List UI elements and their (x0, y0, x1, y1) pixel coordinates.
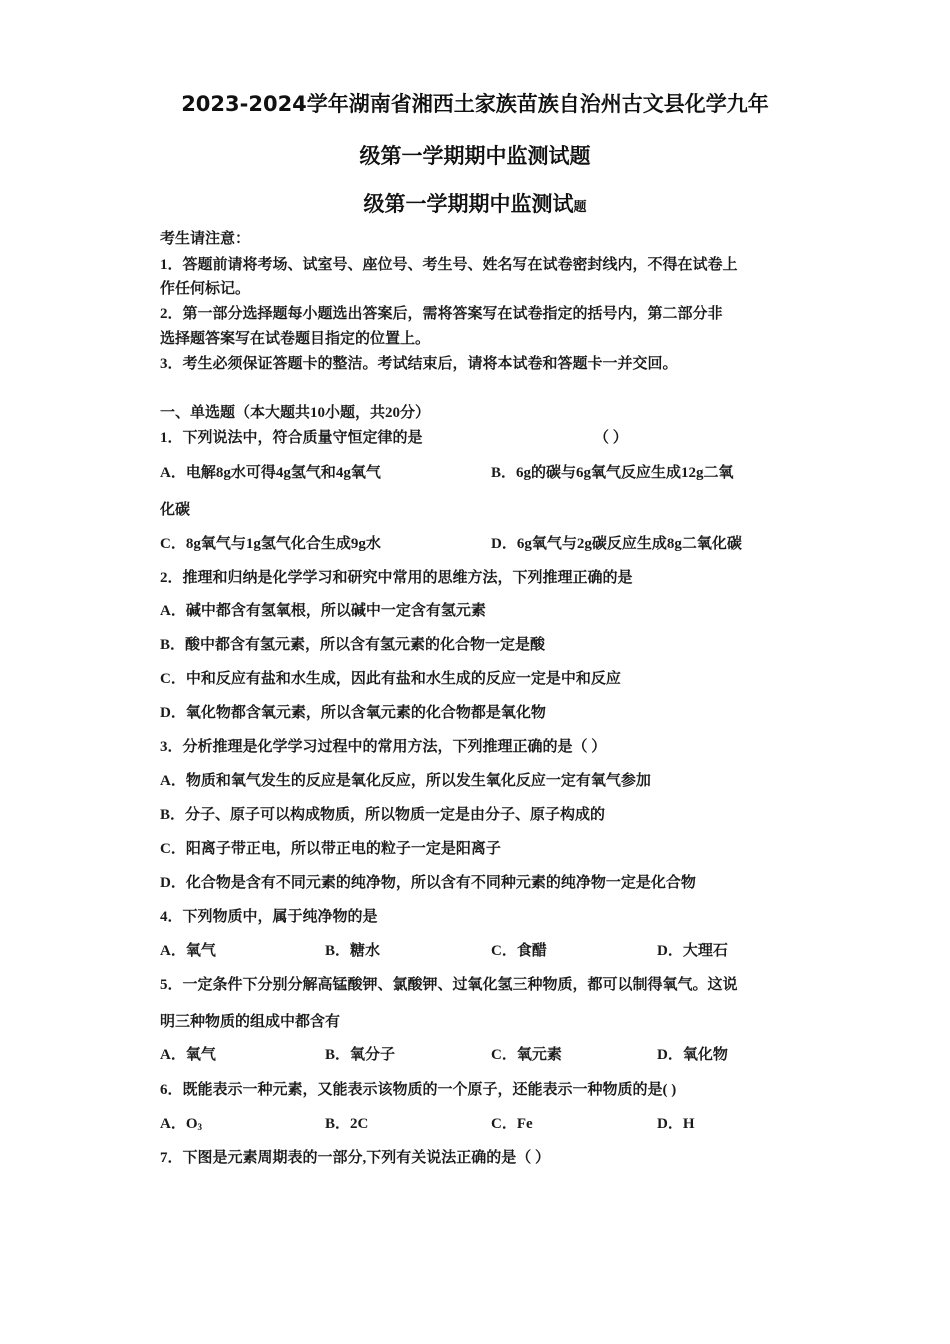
title-line-3-small: 题 (573, 200, 586, 215)
exam-page: 2023-2024学年湖南省湘西土家族苗族自治州古文县化学九年 级第一学期期中监… (0, 0, 950, 1344)
question-7-stem: 7．下图是元素周期表的一部分,下列有关说法正确的是（ ） (160, 1146, 550, 1167)
question-2-option-b: B．酸中都含有氢元素，所以含有氢元素的化合物一定是酸 (160, 633, 545, 654)
question-1-option-c: C．8g氧气与1g氢气化合生成9g水 (160, 532, 381, 553)
question-2-stem: 2．推理和归纳是化学学习和研究中常用的思维方法，下列推理正确的是 (160, 566, 633, 587)
question-4-option-a: A．氧气 (160, 939, 216, 960)
question-5-stem-cont: 明三种物质的组成中都含有 (160, 1010, 340, 1031)
question-3-option-b: B．分子、原子可以构成物质，所以物质一定是由分子、原子构成的 (160, 803, 605, 824)
question-3-stem: 3．分析推理是化学学习过程中的常用方法，下列推理正确的是（ ） (160, 735, 606, 756)
question-3-option-d: D．化合物是含有不同元素的纯净物，所以含有不同种元素的纯净物一定是化合物 (160, 871, 696, 892)
question-1-option-d: D．6g氧气与2g碳反应生成8g二氧化碳 (491, 532, 742, 553)
notice-heading: 考生请注意： (160, 227, 250, 248)
document-title-line-2: 级第一学期期中监测试题 (0, 140, 950, 170)
question-6-option-c: C．Fe (491, 1112, 533, 1133)
question-6-option-d: D．H (657, 1112, 695, 1133)
question-1-option-a: A．电解8g水可得4g氢气和4g氧气 (160, 461, 381, 482)
option-a-formula: A．O (160, 1116, 198, 1132)
document-title-line-1: 2023-2024学年湖南省湘西土家族苗族自治州古文县化学九年 (0, 88, 950, 118)
question-4-option-d: D．大理石 (657, 939, 728, 960)
question-4-option-b: B．糖水 (325, 939, 380, 960)
notice-item-1: 1．答题前请将考场、试室号、座位号、考生号、姓名写在试卷密封线内，不得在试卷上 (160, 253, 738, 274)
notice-item-3: 3．考生必须保证答题卡的整洁。考试结束后，请将本试卷和答题卡一并交回。 (160, 352, 678, 373)
question-3-option-c: C．阳离子带正电，所以带正电的粒子一定是阳离子 (160, 837, 501, 858)
question-2-option-d: D．氧化物都含氧元素，所以含氧元素的化合物都是氧化物 (160, 701, 546, 722)
notice-item-2-cont: 选择题答案写在试卷题目指定的位置上。 (160, 327, 430, 348)
question-5-option-a: A．氧气 (160, 1043, 216, 1064)
document-title-line-3: 级第一学期期中监测试题 (0, 188, 950, 218)
title-line-3-main: 级第一学期期中监测试 (363, 192, 573, 216)
question-5-stem: 5．一定条件下分别分解高锰酸钾、氯酸钾、过氧化氢三种物质，都可以制得氧气。这说 (160, 973, 738, 994)
section-heading: 一、单选题（本大题共10小题，共20分） (160, 401, 430, 422)
question-6-option-a: A．O3 (160, 1112, 202, 1133)
notice-item-2: 2．第一部分选择题每小题选出答案后，需将答案写在试卷指定的括号内，第二部分非 (160, 302, 723, 323)
option-a-subscript: 3 (198, 1122, 203, 1132)
question-1-option-b-cont: 化碳 (160, 498, 190, 519)
question-6-option-b: B．2C (325, 1112, 368, 1133)
question-6-stem: 6．既能表示一种元素，又能表示该物质的一个原子，还能表示一种物质的是( ) (160, 1078, 676, 1099)
question-3-option-a: A．物质和氧气发生的反应是氧化反应，所以发生氧化反应一定有氧气参加 (160, 769, 651, 790)
question-5-option-b: B．氧分子 (325, 1043, 395, 1064)
question-4-stem: 4．下列物质中，属于纯净物的是 (160, 905, 378, 926)
notice-item-1-cont: 作任何标记。 (160, 277, 250, 298)
question-2-option-c: C．中和反应有盐和水生成，因此有盐和水生成的反应一定是中和反应 (160, 667, 621, 688)
question-5-option-c: C．氧元素 (491, 1043, 562, 1064)
question-1-answer-bracket: （ ） (594, 426, 628, 447)
question-2-option-a: A．碱中都含有氢氧根，所以碱中一定含有氢元素 (160, 599, 486, 620)
question-5-option-d: D．氧化物 (657, 1043, 728, 1064)
question-4-option-c: C．食醋 (491, 939, 547, 960)
question-1-stem: 1．下列说法中，符合质量守恒定律的是 (160, 426, 423, 447)
question-1-option-b: B．6g的碳与6g氧气反应生成12g二氧 (491, 461, 734, 482)
